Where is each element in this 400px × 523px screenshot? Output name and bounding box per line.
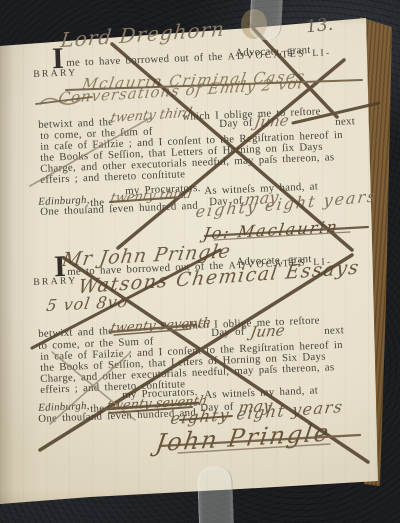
entry1-library-cont: BRARY <box>33 67 78 80</box>
entry2-return-month: June <box>249 321 286 341</box>
entry1-dayof-label: Day of <box>219 116 253 129</box>
book-strap-top <box>249 0 283 41</box>
book-strap-bottom <box>197 465 234 523</box>
entry2-library-cont: BRARY <box>33 275 78 288</box>
entry1-return-month: June <box>253 111 290 131</box>
entry2-dayof-label: Day of <box>211 326 245 339</box>
entry1-next-label: next <box>335 115 355 128</box>
entry2-next-label: next <box>324 324 344 337</box>
page-number: 13. <box>305 15 334 38</box>
photograph-scene: 13. I Lord Dreghorn Advocate, grant me t… <box>0 0 400 523</box>
